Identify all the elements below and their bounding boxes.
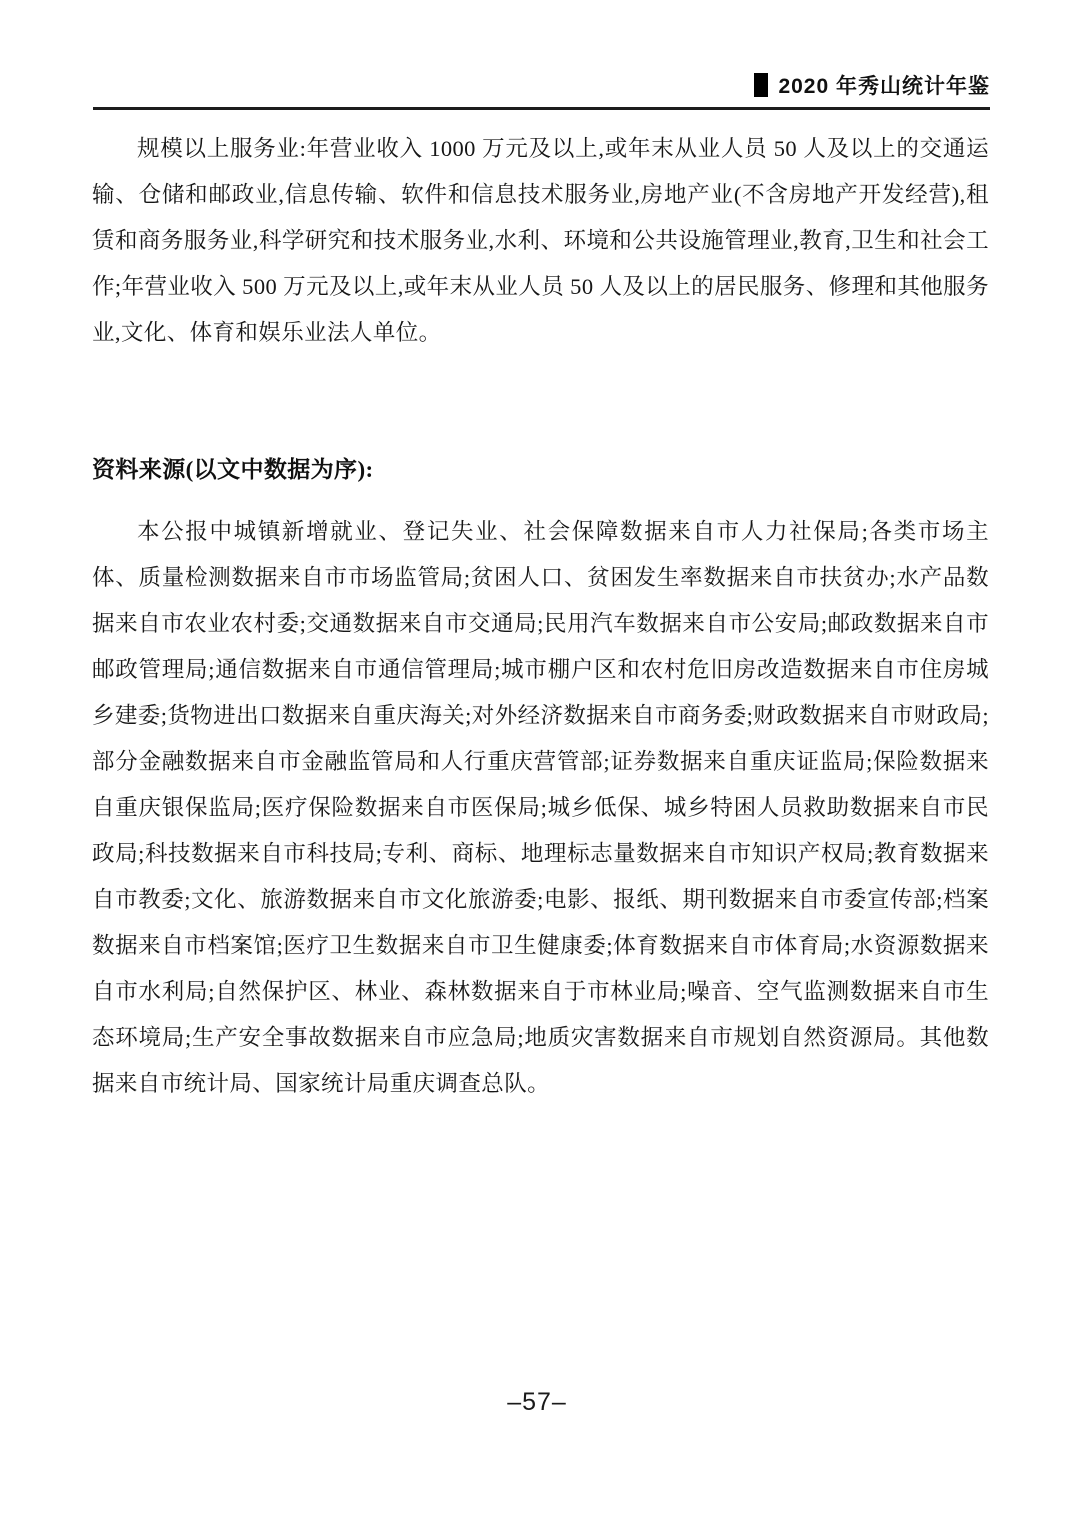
- sources-heading: 资料来源(以文中数据为序):: [92, 447, 989, 493]
- page-header: 2020 年秀山统计年鉴: [93, 70, 990, 110]
- document-page: 2020 年秀山统计年鉴 规模以上服务业:年营业收入 1000 万元及以上,或年…: [0, 0, 1074, 1520]
- page-body: 规模以上服务业:年营业收入 1000 万元及以上,或年末从业人员 50 人及以上…: [92, 126, 989, 1107]
- page-number: –57–: [507, 1388, 567, 1416]
- page-footer: –57–: [0, 1388, 1074, 1417]
- header-title: 2020 年秀山统计年鉴: [778, 70, 990, 100]
- definition-paragraph: 规模以上服务业:年营业收入 1000 万元及以上,或年末从业人员 50 人及以上…: [92, 126, 989, 356]
- header-marker-block: [754, 73, 768, 97]
- sources-paragraph: 本公报中城镇新增就业、登记失业、社会保障数据来自市人力社保局;各类市场主体、质量…: [92, 509, 989, 1107]
